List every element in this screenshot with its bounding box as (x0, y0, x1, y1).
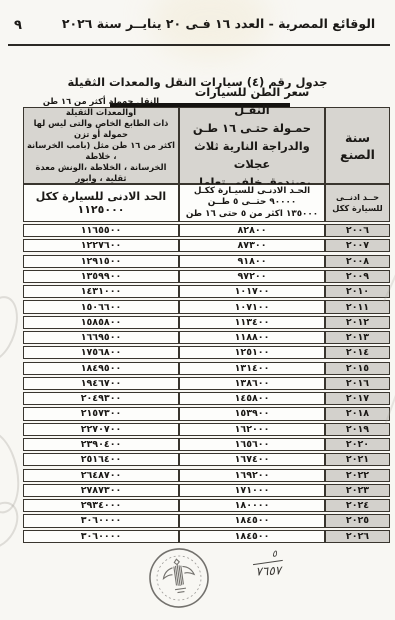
table-row: ٢٠٢٤١٨٠٠٠٠٢٩٣٤٠٠٠ (23, 499, 390, 512)
year-cell: ٢٠٠٨ (325, 255, 390, 268)
heavy-minimum-cell: ٢١٥٧٣٠٠ (23, 407, 179, 420)
price-per-ton-cell: ١٦٩٢٠٠ (179, 469, 325, 482)
year-cell: ٢٠١٠ (325, 285, 390, 298)
year-subheader-line: للسيارة ككل (332, 203, 382, 214)
heavy-minimum-cell: ٢٣٩٠٤٠٠ (23, 438, 179, 451)
price-column-subheader: الحـد الادنـى للسيـارة ككـل ٩٠٠٠٠ حتــى … (179, 184, 325, 222)
heavy-minimum-cell: ٢٧٨٧٣٠٠ (23, 484, 179, 497)
heavy-minimum-cell: ١٨٤٩٥٠٠ (23, 362, 179, 375)
year-cell: ٢٠١٥ (325, 362, 390, 375)
year-cell: ٢٠١٣ (325, 331, 390, 344)
heavy-minimum-cell: ١٧٥٦٨٠٠ (23, 346, 179, 359)
year-cell: ٢٠٢٦ (325, 530, 390, 543)
heavy-minimum-cell: ١١٦٥٥٠٠ (23, 224, 179, 237)
heavy-minimum-cell: ١٦٦٩٥٠٠ (23, 331, 179, 344)
price-subheader-line: الحـد الادنـى للسيـارة ككـل (194, 186, 310, 198)
page-number: ٩ (14, 18, 22, 33)
year-cell: ٢٠١٢ (325, 316, 390, 329)
price-per-ton-cell: ١٥٣٩٠٠ (179, 407, 325, 420)
table-row: ٢٠٠٩٩٧٢٠٠١٣٥٩٩٠٠ (23, 270, 390, 283)
year-cell: ٢٠٢٢ (325, 469, 390, 482)
price-per-ton-cell: ٩٧٢٠٠ (179, 270, 325, 283)
table-row: ٢٠٢٢١٦٩٢٠٠٢٦٤٨٧٠٠ (23, 469, 390, 482)
scan-artifact (0, 291, 26, 367)
table-row: ٢٠١٠١٠١٧٠٠١٤٣١٠٠٠ (23, 285, 390, 298)
price-per-ton-cell: ١١٣٤٠٠ (179, 316, 325, 329)
year-cell: ٢٠٢٤ (325, 499, 390, 512)
price-subheader-line: ١٣٥٠٠٠ اكثر من ٥ حتى ١٦ طن (186, 209, 318, 221)
table-row: ٢٠٠٨٩١٨٠٠١٢٩١٥٠٠ (23, 255, 390, 268)
table-row: ٢٠١٧١٤٥٨٠٠٢٠٤٩٣٠٠ (23, 392, 390, 405)
heavy-minimum-cell: ٢٠٤٩٣٠٠ (23, 392, 179, 405)
heavy-column-subheader: الحد الادنى للسيارة ككل ١١٢٥٠٠٠ (23, 184, 179, 222)
table-row: ٢٠١١١٠٧١٠٠١٥٠٦٦٠٠ (23, 300, 390, 313)
price-header-line: سعر الطن للسيارات النقـل (180, 83, 324, 119)
heavy-minimum-cell: ٢٥١٦٤٠٠ (23, 453, 179, 466)
heavy-minimum-cell: ١٤٣١٠٠٠ (23, 285, 179, 298)
heavy-header-line: اكثر من ١٦ طن مثل (بامب الخرسانة ، خلاطة (27, 140, 175, 162)
table-body: ٢٠٠٦٨٢٨٠٠١١٦٥٥٠٠٢٠٠٧٨٧٣٠٠١٢٢٧٦٠٠٢٠٠٨٩١٨٠… (23, 224, 390, 543)
year-cell: ٢٠١٦ (325, 377, 390, 390)
price-per-ton-cell: ١٧١٠٠٠ (179, 484, 325, 497)
heavy-minimum-cell: ١٣٥٩٩٠٠ (23, 270, 179, 283)
year-column-subheader: حــد ادنــى للسيارة ككل (325, 184, 390, 222)
table-row: ٢٠١٦١٣٨٦٠٠١٩٤٦٧٠٠ (23, 377, 390, 390)
table-row: ٢٠٢٥١٨٤٥٠٠٣٠٦٠٠٠٠ (23, 514, 390, 527)
table-row: ٢٠١٩١٦٢٠٠٠٢٢٧٠٧٠٠ (23, 423, 390, 436)
price-per-ton-cell: ١٣١٤٠٠ (179, 362, 325, 375)
price-per-ton-cell: ٨٧٣٠٠ (179, 239, 325, 252)
eagle-seal-stamp (143, 542, 215, 614)
heavy-minimum-cell: ٢٩٣٤٠٠٠ (23, 499, 179, 512)
heavy-minimum-cell: ١٩٤٦٧٠٠ (23, 377, 179, 390)
price-per-ton-cell: ١٨٤٥٠٠ (179, 514, 325, 527)
table-row: ٢٠٢٣١٧١٠٠٠٢٧٨٧٣٠٠ (23, 484, 390, 497)
price-per-ton-cell: ٩١٨٠٠ (179, 255, 325, 268)
heavy-minimum-cell: ١٥٠٦٦٠٠ (23, 300, 179, 313)
handwritten-numerator: ٥ (243, 549, 291, 561)
year-cell: ٢٠١٧ (325, 392, 390, 405)
table-subheader-row: حــد ادنــى للسيارة ككل الحـد الادنـى لل… (23, 184, 390, 222)
price-per-ton-cell: ١٣٨٦٠٠ (179, 377, 325, 390)
price-per-ton-cell: ١٢٥١٠٠ (179, 346, 325, 359)
year-cell: ٢٠٢٣ (325, 484, 390, 497)
table-row: ٢٠١٣١١٨٨٠٠١٦٦٩٥٠٠ (23, 331, 390, 344)
year-cell: ٢٠٠٩ (325, 270, 390, 283)
year-cell: ٢٠١٩ (325, 423, 390, 436)
price-per-ton-cell: ١٦٢٠٠٠ (179, 423, 325, 436)
table-row: ٢٠١٤١٢٥١٠٠١٧٥٦٨٠٠ (23, 346, 390, 359)
table-row: ٢٠١٨١٥٣٩٠٠٢١٥٧٣٠٠ (23, 407, 390, 420)
price-column-header: سعر الطن للسيارات النقـل حمـولة حتـى ١٦ … (179, 107, 325, 184)
price-per-ton-cell: ١٨٤٥٠٠ (179, 530, 325, 543)
year-cell: ٢٠٠٦ (325, 224, 390, 237)
table-row: ٢٠٢١١٦٧٤٠٠٢٥١٦٤٠٠ (23, 453, 390, 466)
eagle-emblem (161, 557, 196, 594)
year-cell: ٢٠٢٠ (325, 438, 390, 451)
heavy-header-line: الخرسانة ، الخلاطة ،الونش معدة ثقلية ، و… (27, 162, 175, 184)
table-header-row: سنة الصنع سعر الطن للسيارات النقـل حمـول… (23, 107, 390, 184)
year-header-line: سنة (345, 129, 370, 146)
year-cell: ٢٠٢٥ (325, 514, 390, 527)
heavy-minimum-cell: ٢٢٧٠٧٠٠ (23, 423, 179, 436)
price-per-ton-cell: ١٤٥٨٠٠ (179, 392, 325, 405)
year-subheader-line: حــد ادنــى (336, 192, 379, 203)
table-row: ٢٠٠٦٨٢٨٠٠١١٦٥٥٠٠ (23, 224, 390, 237)
price-per-ton-cell: ١٦٧٤٠٠ (179, 453, 325, 466)
price-per-ton-cell: ١٨٠٠٠٠ (179, 499, 325, 512)
header-rule (8, 44, 390, 46)
table-row: ٢٠١٢١١٣٤٠٠١٥٨٥٨٠٠ (23, 316, 390, 329)
heavy-minimum-cell: ١٢٢٧٦٠٠ (23, 239, 179, 252)
gazette-page: ٩ الوقائع المصرية - العدد ١٦ فـى ٢٠ يناي… (0, 0, 395, 620)
heavy-minimum-cell: ٣٠٦٠٠٠٠ (23, 530, 179, 543)
price-per-ton-cell: ١٠٧١٠٠ (179, 300, 325, 313)
heavy-minimum-cell: ١٢٩١٥٠٠ (23, 255, 179, 268)
handwritten-denominator: ٧٦٥٧ (244, 563, 293, 579)
price-header-line: والدراجة النارية ثلاث عجلات (180, 137, 324, 173)
year-column-header: سنة الصنع (325, 107, 390, 184)
table-row: ٢٠٢٠١٦٥٦٠٠٢٣٩٠٤٠٠ (23, 438, 390, 451)
heavy-header-line: النقل حمولة أكثر من ١٦ طن أوالمعدات الثق… (27, 96, 175, 118)
table-row: ٢٠٠٧٨٧٣٠٠١٢٢٧٦٠٠ (23, 239, 390, 252)
price-header-line: حمـولة حتـى ١٦ طـن (193, 119, 311, 137)
price-subheader-line: ٩٠٠٠٠ حتــى ٥ طــن (208, 197, 297, 209)
heavy-minimum-cell: ٣٠٦٠٠٠٠ (23, 514, 179, 527)
year-cell: ٢٠١١ (325, 300, 390, 313)
year-cell: ٢٠٠٧ (325, 239, 390, 252)
table-row: ٢٠٢٦١٨٤٥٠٠٣٠٦٠٠٠٠ (23, 530, 390, 543)
gazette-header-title: الوقائع المصرية - العدد ١٦ فـى ٢٠ ينايــ… (50, 16, 387, 31)
heavy-header-line: ذات الطابع الخاص والتى ليس لها حمولة أو … (27, 118, 175, 140)
year-header-line: الصنع (340, 146, 375, 163)
table-row: ٢٠١٥١٣١٤٠٠١٨٤٩٥٠٠ (23, 362, 390, 375)
heavy-minimum-cell: ١٥٨٥٨٠٠ (23, 316, 179, 329)
handwritten-note: ٥ ٧٦٥٧ (243, 549, 292, 580)
price-per-ton-cell: ١٦٥٦٠٠ (179, 438, 325, 451)
heavy-minimum-cell: ٢٦٤٨٧٠٠ (23, 469, 179, 482)
vehicles-table: سنة الصنع سعر الطن للسيارات النقـل حمـول… (23, 107, 390, 545)
year-cell: ٢٠١٤ (325, 346, 390, 359)
price-per-ton-cell: ٨٢٨٠٠ (179, 224, 325, 237)
heavy-column-header: النقل حمولة أكثر من ١٦ طن أوالمعدات الثق… (23, 107, 179, 184)
year-cell: ٢٠٢١ (325, 453, 390, 466)
price-per-ton-cell: ١٠١٧٠٠ (179, 285, 325, 298)
price-per-ton-cell: ١١٨٨٠٠ (179, 331, 325, 344)
year-cell: ٢٠١٨ (325, 407, 390, 420)
